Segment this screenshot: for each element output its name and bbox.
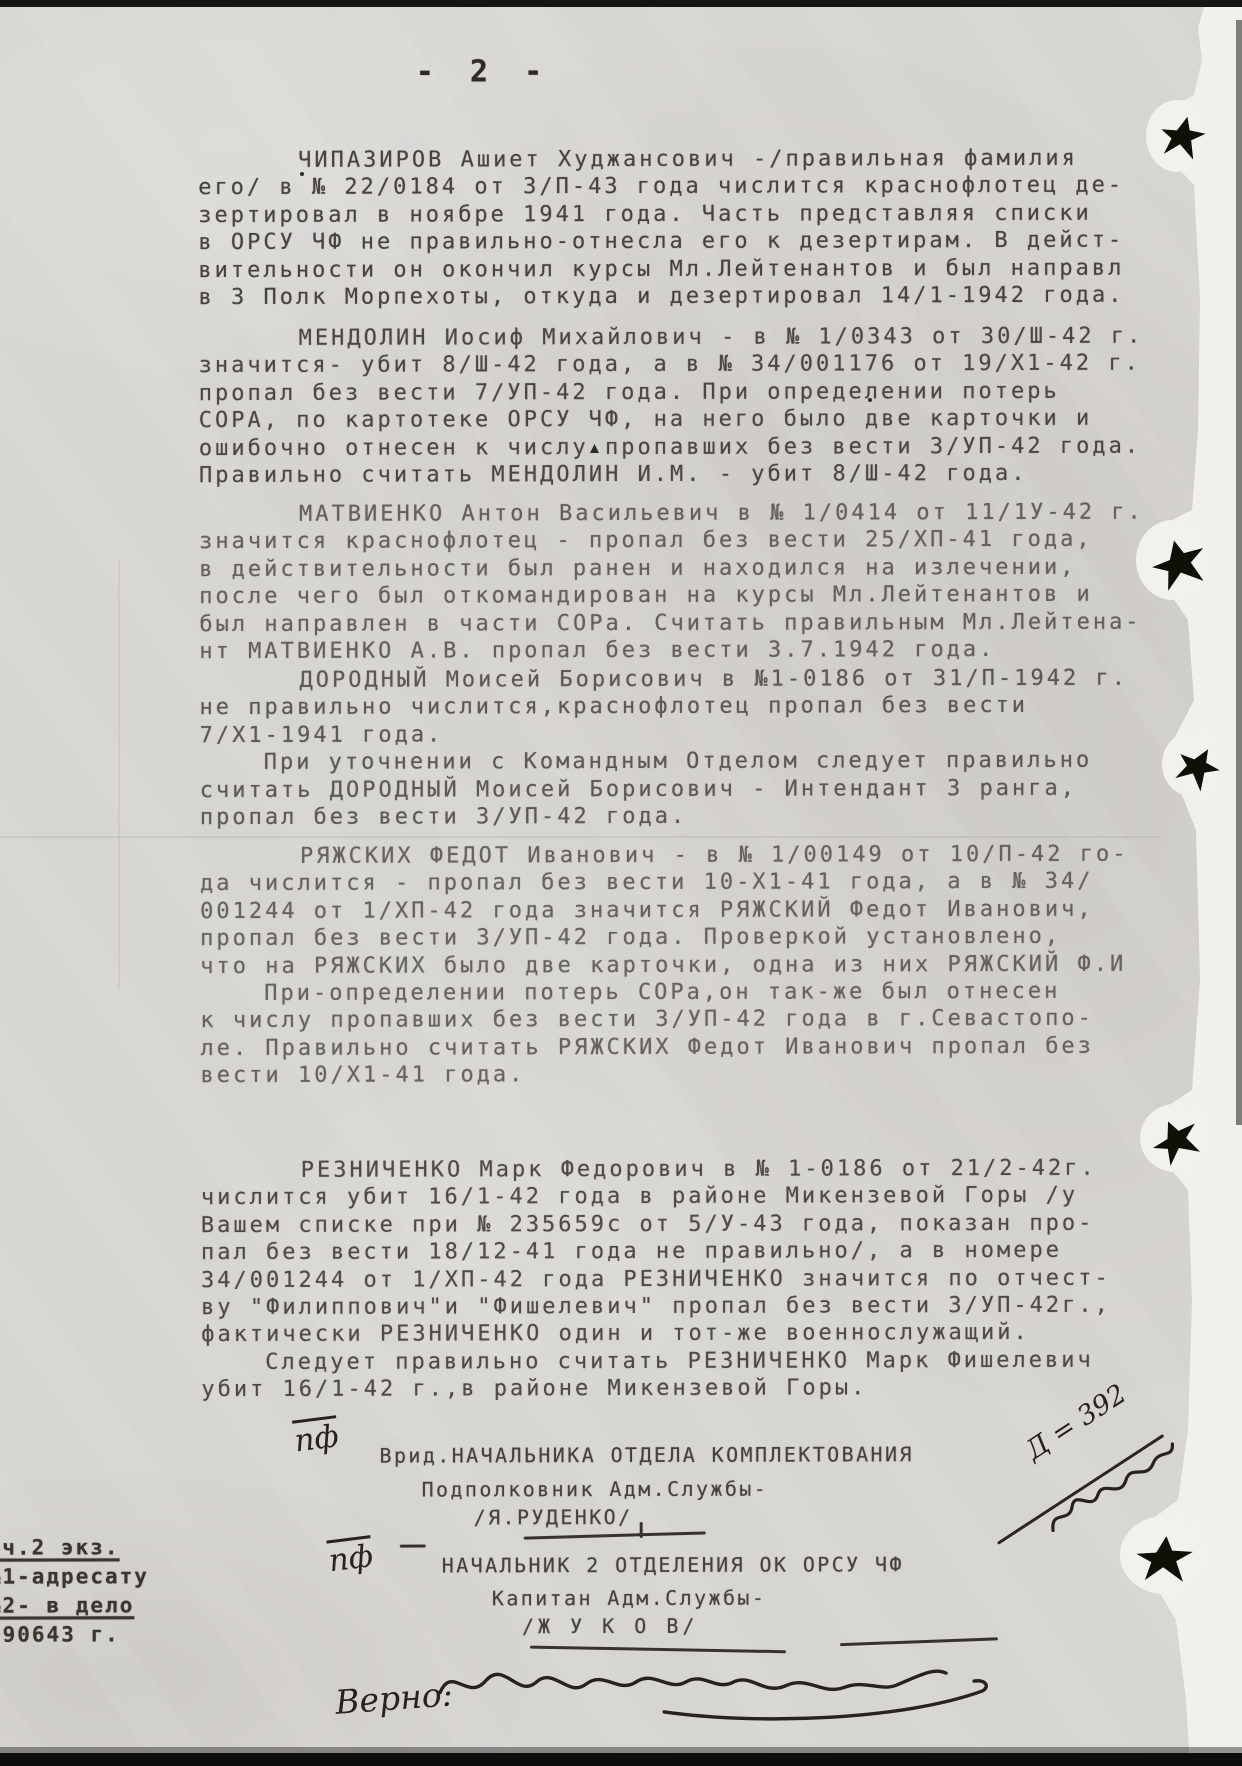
document-line: зертировал в ноябре 1941 года. Часть пре… (198, 199, 1158, 229)
document-line: 34/001244 от 1/ХП-42 года РЕЗНИЧЕНКО зна… (201, 1264, 1161, 1294)
stamp-line: 290643 г. (0, 1622, 149, 1651)
signer-2-title: НАЧАЛЬНИК 2 ОТДЕЛЕНИЯ ОК ОРСУ ЧФ (442, 1552, 904, 1577)
paragraph-matvienko: МАТВИЕНКО Антон Васильевич в № 1/0414 от… (199, 499, 1159, 666)
document-line: МАТВИЕНКО Антон Васильевич в № 1/0414 от… (199, 499, 1159, 529)
document-line: нт МАТВИЕНКО А.В. пропал без вести 3.7.1… (199, 636, 1159, 666)
signature-dash (840, 1637, 998, 1646)
document-line: убит 16/1-42 г.,в районе Микензевой Горы… (201, 1374, 1161, 1404)
signer-2-name: /Ж У К О В/ (522, 1614, 699, 1638)
paragraph-dorodny: ДОРОДНЫЙ Моисей Борисович в №1-0186 от 3… (199, 665, 1159, 832)
document-line: ЧИПАЗИРОВ Ашиет Худжансович -/правильная… (198, 145, 1158, 175)
document-line: числится убит 16/1-42 года в районе Мике… (201, 1182, 1161, 1212)
document-line: ву "Филиппович"и "Фишелевич" пропал без … (201, 1292, 1161, 1322)
scan-background-edge (1236, 20, 1242, 1125)
stamp-line: №1-адресату (0, 1564, 149, 1593)
document-line: пропал без вести 3/УП-42 года. Проверкой… (200, 923, 1160, 953)
document-line: значится краснофлотец - пропал без вести… (199, 526, 1159, 556)
document-line: ле. Правильно считать РЯЖСКИХ Федот Иван… (200, 1032, 1160, 1062)
document-line: не правильно числится,краснофлотец пропа… (200, 692, 1160, 722)
document-line: пропал без вести 7/УП-42 года. При опред… (199, 377, 1159, 407)
signature-underline (524, 1531, 706, 1539)
signer-1-name: /Я.РУДЕНКО/ (474, 1505, 633, 1529)
handwritten-pf-mark: пф (327, 1538, 375, 1579)
document-line: РЯЖСКИХ ФЕДОТ Иванович - в № 1/00149 от … (200, 841, 1160, 871)
document-line: после чего был откомандирован на курсы М… (199, 581, 1159, 611)
scan-edge-bottom (0, 1753, 1242, 1766)
copies-stamp: еч.2 экз. №1-адресату №2- в дело 290643 … (0, 1535, 149, 1651)
document-line: в действительности был ранен и находился… (199, 553, 1159, 583)
paragraph-reznichenko: РЕЗНИЧЕНКО Марк Федорович в № 1-0186 от … (201, 1155, 1162, 1404)
document-line: РЕЗНИЧЕНКО Марк Федорович в № 1-0186 от … (201, 1155, 1161, 1185)
document-line: Вашем списке при № 235659с от 5/У-43 год… (201, 1209, 1161, 1239)
document-line: считать ДОРОДНЫЙ Моисей Борисович - Инте… (200, 774, 1160, 804)
document-line: Правильно считать МЕНДОЛИН И.М. - убит 8… (199, 460, 1159, 490)
document-line: вительности он окончил курсы Мл.Лейтенан… (198, 254, 1158, 284)
ink-speck (868, 398, 872, 402)
document-line: Следует правильно считать РЕЗНИЧЕНКО Мар… (201, 1346, 1161, 1376)
document-line: вести 10/Х1-41 года. (200, 1060, 1160, 1090)
document-line: 001244 от 1/ХП-42 года значится РЯЖСКИЙ … (200, 895, 1160, 925)
stamp-line: еч.2 экз. (0, 1535, 149, 1564)
document-page: - 2 - ЧИПАЗИРОВ Ашиет Худжансович -/прав… (0, 0, 1242, 1766)
document-line: ДОРОДНЫЙ Моисей Борисович в №1-0186 от 3… (199, 665, 1159, 695)
handwritten-signature (434, 1651, 1004, 1722)
document-line: в ОРСУ ЧФ не правильно-отнесла его к дез… (198, 227, 1158, 257)
document-line: значится- убит 8/Ш-42 года, а в № 34/001… (199, 350, 1159, 380)
paragraph-chipazirov: ЧИПАЗИРОВ Ашиет Худжансович -/правильная… (198, 145, 1158, 312)
handmark-dash (400, 1545, 426, 1548)
document-line: При уточнении с Командным Отделом следуе… (200, 747, 1160, 777)
handwritten-pf-mark: пф (292, 1418, 340, 1459)
signer-2-rank: Капитан Адм.Службы- (492, 1586, 766, 1611)
document-line: СОРА, по картотеке ОРСУ ЧФ, на него было… (199, 405, 1159, 435)
stamp-line: №2- в дело (0, 1593, 149, 1622)
ink-speck (300, 172, 304, 176)
document-line: 7/Х1-1941 года. (200, 719, 1160, 749)
paragraph-ryazhskikh: РЯЖСКИХ ФЕДОТ Иванович - в № 1/00149 от … (200, 841, 1161, 1090)
document-line: был направлен в части СОРа. Считать прав… (199, 608, 1159, 638)
document-line: При-определении потерь СОРа,он так-же бы… (200, 978, 1160, 1008)
document-line: фактически РЕЗНИЧЕНКО один и тот-же воен… (201, 1319, 1161, 1349)
paragraph-mendolin: МЕНДОЛИН Иосиф Михайлович - в № 1/0343 о… (199, 323, 1159, 490)
document-line: пал без вести 18/12-41 года не правильно… (201, 1237, 1161, 1267)
document-line: в 3 Полк Морпехоты, откуда и дезертирова… (198, 282, 1158, 312)
page-number: - 2 - (416, 54, 551, 89)
document-line: его/ в № 22/0184 от 3/П-43 года числится… (198, 172, 1158, 202)
document-line: что на РЯЖСКИХ было две карточки, одна и… (200, 950, 1160, 980)
document-line: да числится - пропал без вести 10-Х1-41 … (200, 868, 1160, 898)
document-line: МЕНДОЛИН Иосиф Михайлович - в № 1/0343 о… (199, 323, 1159, 353)
document-line: ошибочно отнесен к числу пропавших без в… (199, 432, 1159, 462)
document-line: пропал без вести 3/УП-42 года. (200, 802, 1160, 832)
signer-1-rank: Подполковник Адм.Службы- (422, 1477, 769, 1502)
signer-1-title: Врид.НАЧАЛЬНИКА ОТДЕЛА КОМПЛЕКТОВАНИЯ (379, 1442, 913, 1467)
signature-tick (640, 1522, 643, 1538)
document-line: к числу пропавших без вести 3/УП-42 года… (200, 1005, 1160, 1035)
scan-edge-top (0, 0, 1242, 7)
